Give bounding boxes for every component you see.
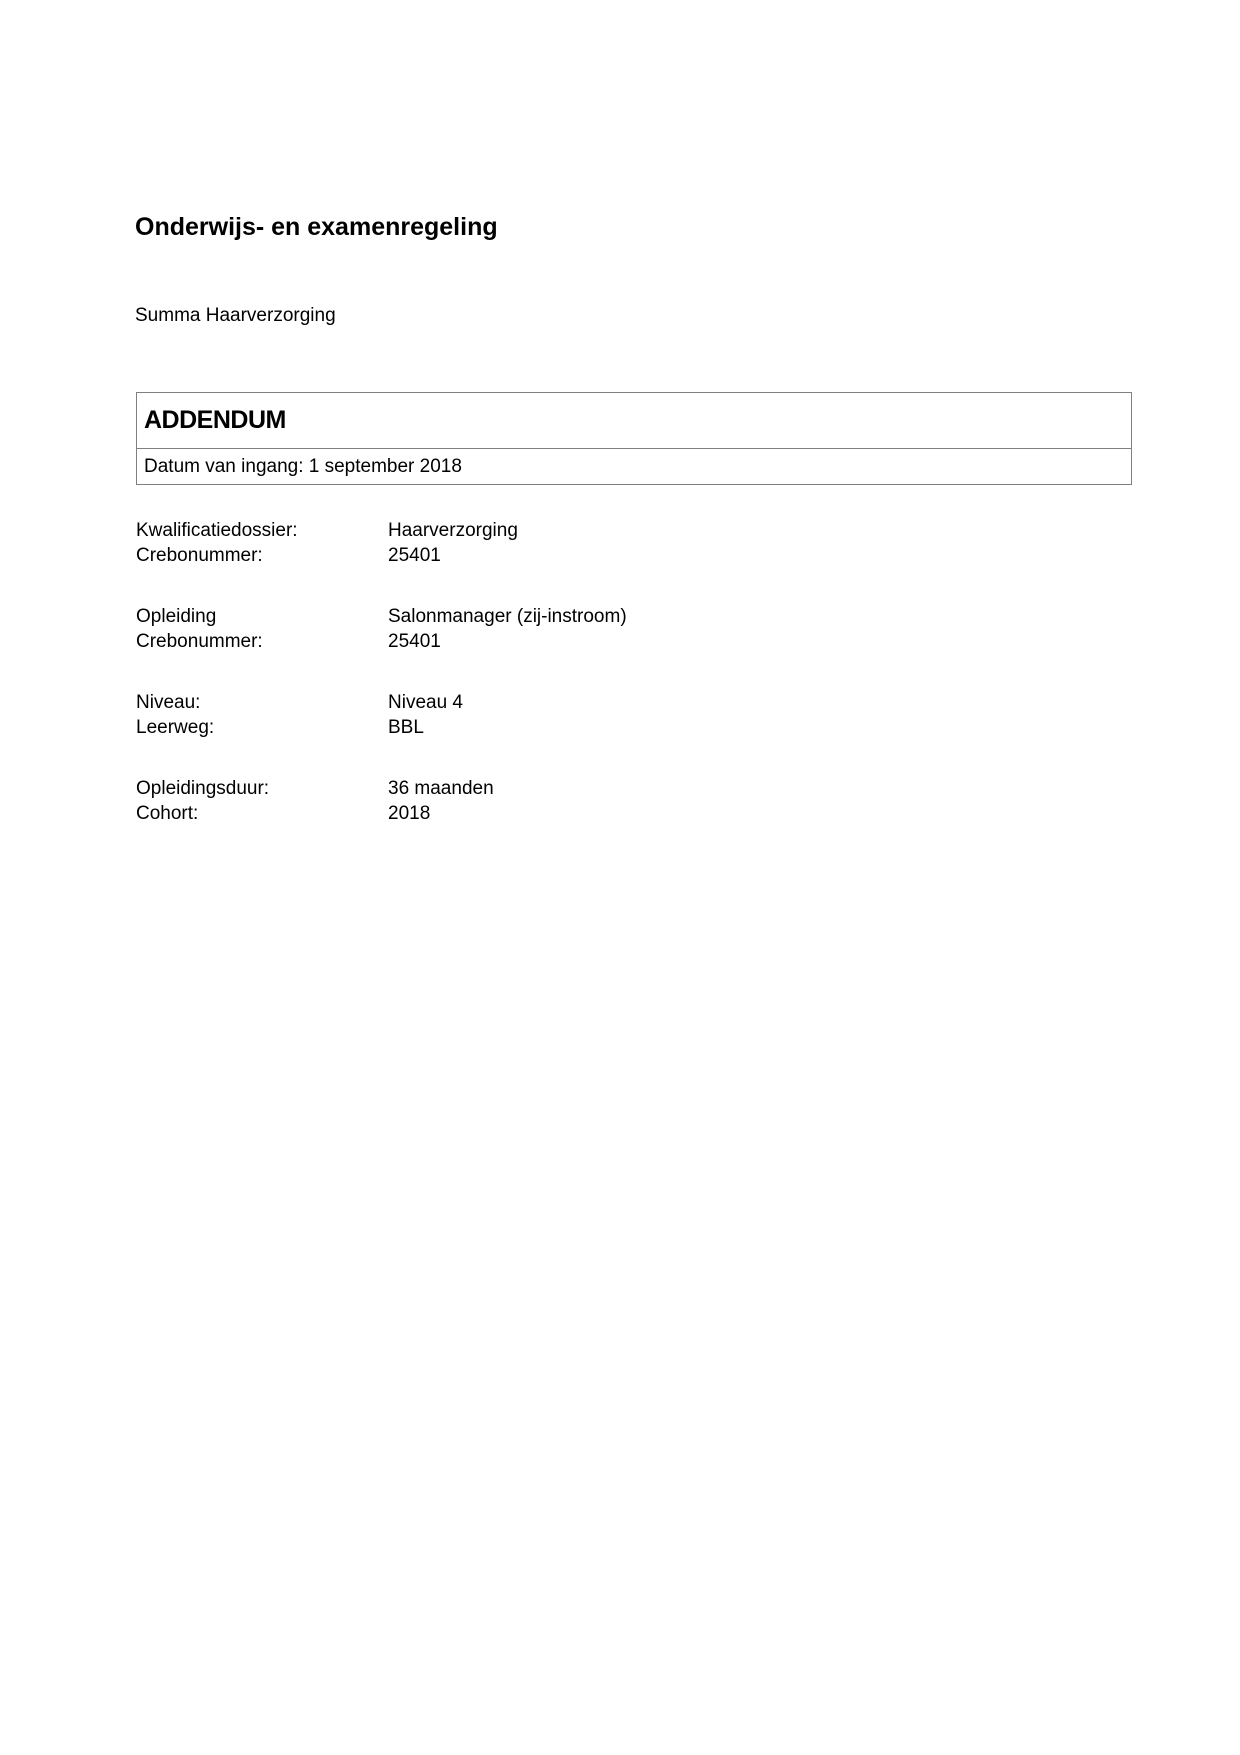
info-row: Leerweg: BBL — [136, 715, 627, 740]
info-label: Kwalificatiedossier: — [136, 518, 388, 543]
info-value: 2018 — [388, 801, 430, 826]
info-row: Kwalificatiedossier: Haarverzorging — [136, 518, 627, 543]
info-group-level: Niveau: Niveau 4 Leerweg: BBL — [136, 690, 627, 740]
info-label: Crebonummer: — [136, 629, 388, 654]
document-title: Onderwijs- en examenregeling — [135, 212, 498, 242]
document-subtitle: Summa Haarverzorging — [135, 305, 336, 328]
info-group-qualification: Kwalificatiedossier: Haarverzorging Creb… — [136, 518, 627, 568]
addendum-heading: ADDENDUM — [137, 393, 1131, 449]
info-value: Niveau 4 — [388, 690, 463, 715]
info-row: Niveau: Niveau 4 — [136, 690, 627, 715]
info-row: Opleidingsduur: 36 maanden — [136, 776, 627, 801]
info-row: Cohort: 2018 — [136, 801, 627, 826]
info-value: 25401 — [388, 629, 441, 654]
info-label: Niveau: — [136, 690, 388, 715]
info-group-program: Opleiding Salonmanager (zij-instroom) Cr… — [136, 604, 627, 654]
addendum-effective-date: Datum van ingang: 1 september 2018 — [137, 449, 1131, 484]
info-value: 36 maanden — [388, 776, 494, 801]
info-label: Cohort: — [136, 801, 388, 826]
info-value: Salonmanager (zij-instroom) — [388, 604, 627, 629]
info-row: Crebonummer: 25401 — [136, 629, 627, 654]
info-value: Haarverzorging — [388, 518, 518, 543]
info-value: BBL — [388, 715, 424, 740]
info-label: Opleidingsduur: — [136, 776, 388, 801]
info-group-duration: Opleidingsduur: 36 maanden Cohort: 2018 — [136, 776, 627, 826]
info-label: Crebonummer: — [136, 543, 388, 568]
info-value: 25401 — [388, 543, 441, 568]
info-label: Leerweg: — [136, 715, 388, 740]
info-label: Opleiding — [136, 604, 388, 629]
info-row: Crebonummer: 25401 — [136, 543, 627, 568]
info-row: Opleiding Salonmanager (zij-instroom) — [136, 604, 627, 629]
program-info: Kwalificatiedossier: Haarverzorging Creb… — [136, 518, 627, 862]
addendum-box: ADDENDUM Datum van ingang: 1 september 2… — [136, 392, 1132, 485]
